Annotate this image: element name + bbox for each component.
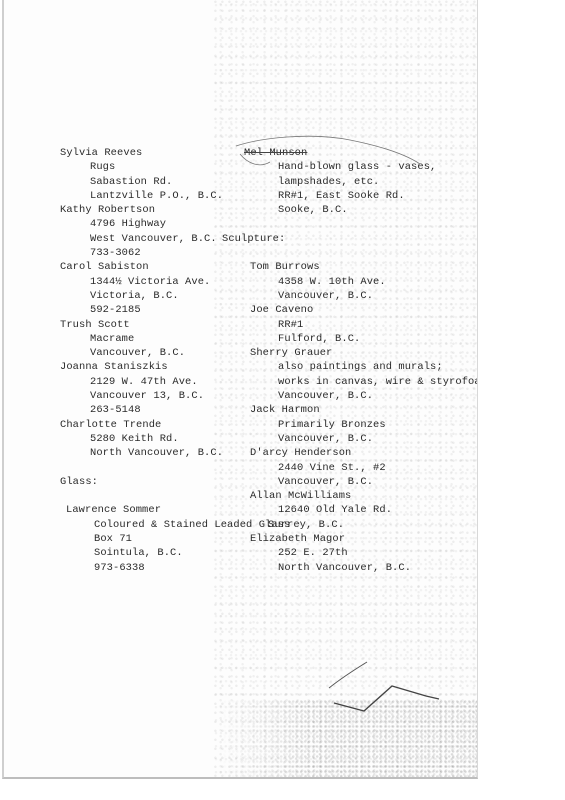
entry-name: Elizabeth Magor bbox=[250, 532, 478, 546]
entry-detail: RR#1 bbox=[248, 318, 478, 332]
entry-name: D'arcy Henderson bbox=[250, 446, 478, 460]
entry-name: Allan McWilliams bbox=[250, 489, 478, 503]
spacer bbox=[248, 217, 478, 231]
entry-detail: also paintings and murals; bbox=[248, 360, 478, 374]
entry-name: Sherry Grauer bbox=[250, 346, 478, 360]
section-label-sculpture: Sculpture: bbox=[222, 232, 478, 246]
entry-name: Joe Caveno bbox=[250, 303, 478, 317]
entry-name: Mel Munson bbox=[244, 146, 478, 160]
entry-detail: 252 E. 27th bbox=[248, 546, 478, 560]
entry-detail: Vancouver, B.C. bbox=[248, 289, 478, 303]
entry-detail: works in canvas, wire & styrofoam bbox=[248, 375, 478, 389]
entry-detail: Hand-blown glass - vases, bbox=[248, 160, 478, 174]
entry-detail: Surrey, B.C. bbox=[248, 518, 478, 532]
entry-detail: lampshades, etc. bbox=[248, 175, 478, 189]
entry-detail: 12640 Old Yale Rd. bbox=[248, 503, 478, 517]
entry-detail: Vancouver, B.C. bbox=[248, 475, 478, 489]
entry-detail: 2440 Vine St., #2 bbox=[248, 461, 478, 475]
entry-name: Tom Burrows bbox=[250, 260, 478, 274]
scan-noise-bottom bbox=[4, 700, 477, 777]
pen-scribble bbox=[309, 640, 449, 720]
spacer bbox=[248, 246, 478, 260]
scanned-page: Sylvia ReevesRugsSabastion Rd.Lantzville… bbox=[2, 0, 478, 779]
entry-detail: Primarily Bronzes bbox=[248, 418, 478, 432]
entry-detail: Fulford, B.C. bbox=[248, 332, 478, 346]
entry-detail: Vancouver, B.C. bbox=[248, 432, 478, 446]
entry-detail: North Vancouver, B.C. bbox=[248, 561, 478, 575]
entry-detail: Sooke, B.C. bbox=[248, 203, 478, 217]
entry-detail: RR#1, East Sooke Rd. bbox=[248, 189, 478, 203]
entry-detail: Vancouver, B.C. bbox=[248, 389, 478, 403]
entry-name: Jack Harmon bbox=[250, 403, 478, 417]
right-column: Mel MunsonHand-blown glass - vases,lamps… bbox=[248, 146, 478, 575]
entry-detail: 4358 W. 10th Ave. bbox=[248, 275, 478, 289]
